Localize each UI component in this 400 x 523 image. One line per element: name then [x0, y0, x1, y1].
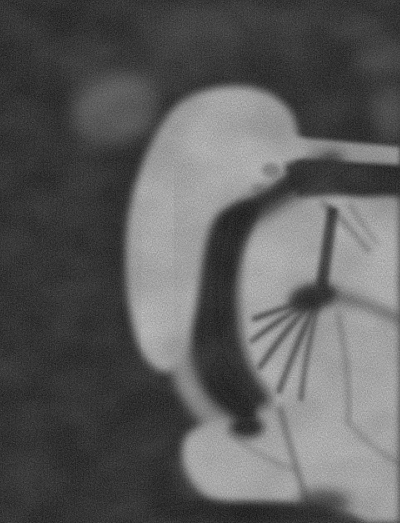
film-grain-dark	[0, 0, 400, 523]
radiograph-canvas	[0, 0, 400, 523]
radiograph-photo	[0, 0, 400, 523]
